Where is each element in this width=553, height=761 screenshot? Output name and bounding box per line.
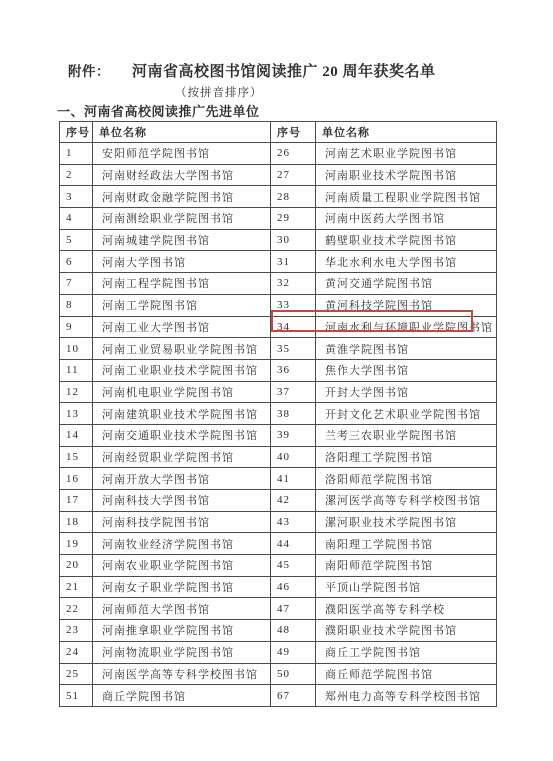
row-number-cell: 2 — [60, 164, 93, 186]
unit-name-cell: 河南推拿职业学院图书馆 — [93, 620, 271, 642]
table-row: 15河南经贸职业学院图书馆40洛阳理工学院图书馆 — [60, 446, 497, 468]
row-number-cell: 1 — [60, 143, 93, 165]
table-header-row: 序号 单位名称 序号 单位名称 — [60, 122, 497, 143]
row-number-cell: 10 — [60, 338, 93, 360]
row-number-cell: 19 — [60, 533, 93, 555]
row-number-cell: 28 — [271, 186, 316, 208]
unit-name-cell: 河南工业大学图书馆 — [93, 316, 271, 338]
row-number-cell: 46 — [271, 576, 316, 598]
row-number-cell: 8 — [60, 294, 93, 316]
table-row: 24河南物流职业学院图书馆49商丘工学院图书馆 — [60, 641, 497, 663]
row-number-cell: 45 — [271, 555, 316, 577]
unit-name-cell: 河南女子职业学院图书馆 — [93, 576, 271, 598]
unit-name-cell: 河南工业贸易职业学院图书馆 — [93, 338, 271, 360]
unit-name-cell: 河南财经政法大学图书馆 — [93, 164, 271, 186]
row-number-cell: 21 — [60, 576, 93, 598]
unit-name-cell: 河南建筑职业技术学院图书馆 — [93, 403, 271, 425]
unit-name-cell: 开封大学图书馆 — [316, 381, 497, 403]
row-number-cell: 4 — [60, 208, 93, 230]
unit-name-cell: 河南工学院图书馆 — [93, 294, 271, 316]
row-number-cell: 37 — [271, 381, 316, 403]
unit-name-cell: 河南物流职业学院图书馆 — [93, 641, 271, 663]
row-number-cell: 7 — [60, 273, 93, 295]
unit-name-cell: 洛阳理工学院图书馆 — [316, 446, 497, 468]
table-row: 20河南农业职业学院图书馆45南阳师范学院图书馆 — [60, 555, 497, 577]
unit-name-cell: 南阳理工学院图书馆 — [316, 533, 497, 555]
table-row: 1安阳师范学院图书馆26河南艺术职业学院图书馆 — [60, 143, 497, 165]
unit-name-cell: 河南质量工程职业学院图书馆 — [316, 186, 497, 208]
unit-name-cell: 河南艺术职业学院图书馆 — [316, 143, 497, 165]
page-title: 河南省高校图书馆阅读推广 20 周年获奖名单 — [132, 60, 436, 81]
row-number-cell: 40 — [271, 446, 316, 468]
unit-name-cell: 商丘学院图书馆 — [93, 685, 271, 707]
unit-name-cell: 鹤壁职业技术学院图书馆 — [316, 229, 497, 251]
row-number-cell: 25 — [60, 663, 93, 685]
table-wrap: 序号 单位名称 序号 单位名称 1安阳师范学院图书馆26河南艺术职业学院图书馆2… — [59, 121, 496, 707]
unit-name-cell: 河南机电职业学院图书馆 — [93, 381, 271, 403]
row-number-cell: 13 — [60, 403, 93, 425]
unit-name-cell: 华北水利水电大学图书馆 — [316, 251, 497, 273]
attachment-label: 附件： — [68, 60, 110, 80]
unit-name-cell: 濮阳医学高等专科学校 — [316, 598, 497, 620]
unit-name-cell: 河南城建学院图书馆 — [93, 229, 271, 251]
table-row: 5河南城建学院图书馆30鹤壁职业技术学院图书馆 — [60, 229, 497, 251]
col-header-name-right: 单位名称 — [316, 122, 497, 143]
unit-name-cell: 漯河医学高等专科学校图书馆 — [316, 490, 497, 512]
unit-name-cell: 洛阳师范学院图书馆 — [316, 468, 497, 490]
table-row: 25河南医学高等专科学校图书馆50商丘师范学院图书馆 — [60, 663, 497, 685]
row-number-cell: 24 — [60, 641, 93, 663]
table-row: 19河南牧业经济学院图书馆44南阳理工学院图书馆 — [60, 533, 497, 555]
row-number-cell: 16 — [60, 468, 93, 490]
unit-name-cell: 河南师范大学图书馆 — [93, 598, 271, 620]
unit-name-cell: 黄淮学院图书馆 — [316, 338, 497, 360]
unit-name-cell: 河南水利与环境职业学院图书馆 — [316, 316, 497, 338]
col-header-no-left: 序号 — [60, 122, 93, 143]
row-number-cell: 67 — [271, 685, 316, 707]
unit-name-cell: 安阳师范学院图书馆 — [93, 143, 271, 165]
subtitle: （按拼音排序） — [175, 84, 263, 100]
row-number-cell: 50 — [271, 663, 316, 685]
col-header-no-right: 序号 — [271, 122, 316, 143]
unit-name-cell: 黄河交通学院图书馆 — [316, 273, 497, 295]
unit-name-cell: 南阳师范学院图书馆 — [316, 555, 497, 577]
table-row: 13河南建筑职业技术学院图书馆38开封文化艺术职业学院图书馆 — [60, 403, 497, 425]
row-number-cell: 5 — [60, 229, 93, 251]
row-number-cell: 47 — [271, 598, 316, 620]
document-page: 附件： 河南省高校图书馆阅读推广 20 周年获奖名单 （按拼音排序） 一、河南省… — [0, 0, 553, 761]
table-row: 17河南科技大学图书馆42漯河医学高等专科学校图书馆 — [60, 490, 497, 512]
unit-name-cell: 商丘工学院图书馆 — [316, 641, 497, 663]
row-number-cell: 44 — [271, 533, 316, 555]
unit-name-cell: 河南工业职业技术学院图书馆 — [93, 359, 271, 381]
unit-name-cell: 焦作大学图书馆 — [316, 359, 497, 381]
unit-name-cell: 河南牧业经济学院图书馆 — [93, 533, 271, 555]
row-number-cell: 3 — [60, 186, 93, 208]
unit-name-cell: 濮阳职业技术学院图书馆 — [316, 620, 497, 642]
title-line: 附件： 河南省高校图书馆阅读推广 20 周年获奖名单 — [68, 60, 436, 81]
unit-name-cell: 黄河科技学院图书馆 — [316, 294, 497, 316]
row-number-cell: 27 — [271, 164, 316, 186]
unit-name-cell: 郑州电力高等专科学校图书馆 — [316, 685, 497, 707]
row-number-cell: 26 — [271, 143, 316, 165]
unit-name-cell: 河南大学图书馆 — [93, 251, 271, 273]
unit-name-cell: 河南财政金融学院图书馆 — [93, 186, 271, 208]
unit-name-cell: 商丘师范学院图书馆 — [316, 663, 497, 685]
unit-name-cell: 河南医学高等专科学校图书馆 — [93, 663, 271, 685]
row-number-cell: 11 — [60, 359, 93, 381]
table-row: 14河南交通职业技术学院图书馆39兰考三农职业学院图书馆 — [60, 424, 497, 446]
row-number-cell: 41 — [271, 468, 316, 490]
row-number-cell: 9 — [60, 316, 93, 338]
table-row: 10河南工业贸易职业学院图书馆35黄淮学院图书馆 — [60, 338, 497, 360]
table-row: 23河南推拿职业学院图书馆48濮阳职业技术学院图书馆 — [60, 620, 497, 642]
table-row: 51商丘学院图书馆67郑州电力高等专科学校图书馆 — [60, 685, 497, 707]
row-number-cell: 23 — [60, 620, 93, 642]
section-heading: 一、河南省高校阅读推广先进单位 — [57, 101, 260, 120]
unit-name-cell: 河南科技大学图书馆 — [93, 490, 271, 512]
table-row: 8河南工学院图书馆33黄河科技学院图书馆 — [60, 294, 497, 316]
row-number-cell: 49 — [271, 641, 316, 663]
table-row: 2河南财经政法大学图书馆27河南职业技术学院图书馆 — [60, 164, 497, 186]
table-row: 21河南女子职业学院图书馆46平顶山学院图书馆 — [60, 576, 497, 598]
row-number-cell: 31 — [271, 251, 316, 273]
table-row: 11河南工业职业技术学院图书馆36焦作大学图书馆 — [60, 359, 497, 381]
table-row: 16河南开放大学图书馆41洛阳师范学院图书馆 — [60, 468, 497, 490]
table-row: 6河南大学图书馆31华北水利水电大学图书馆 — [60, 251, 497, 273]
table-row: 4河南测绘职业学院图书馆29河南中医药大学图书馆 — [60, 208, 497, 230]
row-number-cell: 34 — [271, 316, 316, 338]
row-number-cell: 29 — [271, 208, 316, 230]
unit-name-cell: 河南工程学院图书馆 — [93, 273, 271, 295]
row-number-cell: 6 — [60, 251, 93, 273]
row-number-cell: 20 — [60, 555, 93, 577]
row-number-cell: 48 — [271, 620, 316, 642]
table-row: 18河南科技学院图书馆43漯河职业技术学院图书馆 — [60, 511, 497, 533]
table-body: 1安阳师范学院图书馆26河南艺术职业学院图书馆2河南财经政法大学图书馆27河南职… — [60, 143, 497, 707]
table-row: 7河南工程学院图书馆32黄河交通学院图书馆 — [60, 273, 497, 295]
unit-name-cell: 河南开放大学图书馆 — [93, 468, 271, 490]
row-number-cell: 35 — [271, 338, 316, 360]
table-row: 22河南师范大学图书馆47濮阳医学高等专科学校 — [60, 598, 497, 620]
row-number-cell: 33 — [271, 294, 316, 316]
row-number-cell: 12 — [60, 381, 93, 403]
unit-name-cell: 河南农业职业学院图书馆 — [93, 555, 271, 577]
unit-name-cell: 河南测绘职业学院图书馆 — [93, 208, 271, 230]
award-table: 序号 单位名称 序号 单位名称 1安阳师范学院图书馆26河南艺术职业学院图书馆2… — [59, 121, 497, 707]
unit-name-cell: 平顶山学院图书馆 — [316, 576, 497, 598]
table-row: 9河南工业大学图书馆34河南水利与环境职业学院图书馆 — [60, 316, 497, 338]
table-row: 12河南机电职业学院图书馆37开封大学图书馆 — [60, 381, 497, 403]
col-header-name-left: 单位名称 — [93, 122, 271, 143]
unit-name-cell: 河南科技学院图书馆 — [93, 511, 271, 533]
row-number-cell: 36 — [271, 359, 316, 381]
row-number-cell: 15 — [60, 446, 93, 468]
row-number-cell: 17 — [60, 490, 93, 512]
unit-name-cell: 漯河职业技术学院图书馆 — [316, 511, 497, 533]
row-number-cell: 43 — [271, 511, 316, 533]
row-number-cell: 38 — [271, 403, 316, 425]
table-row: 3河南财政金融学院图书馆28河南质量工程职业学院图书馆 — [60, 186, 497, 208]
row-number-cell: 42 — [271, 490, 316, 512]
row-number-cell: 51 — [60, 685, 93, 707]
unit-name-cell: 河南中医药大学图书馆 — [316, 208, 497, 230]
row-number-cell: 39 — [271, 424, 316, 446]
row-number-cell: 18 — [60, 511, 93, 533]
row-number-cell: 14 — [60, 424, 93, 446]
row-number-cell: 32 — [271, 273, 316, 295]
unit-name-cell: 河南职业技术学院图书馆 — [316, 164, 497, 186]
unit-name-cell: 河南经贸职业学院图书馆 — [93, 446, 271, 468]
unit-name-cell: 兰考三农职业学院图书馆 — [316, 424, 497, 446]
unit-name-cell: 河南交通职业技术学院图书馆 — [93, 424, 271, 446]
row-number-cell: 30 — [271, 229, 316, 251]
unit-name-cell: 开封文化艺术职业学院图书馆 — [316, 403, 497, 425]
row-number-cell: 22 — [60, 598, 93, 620]
